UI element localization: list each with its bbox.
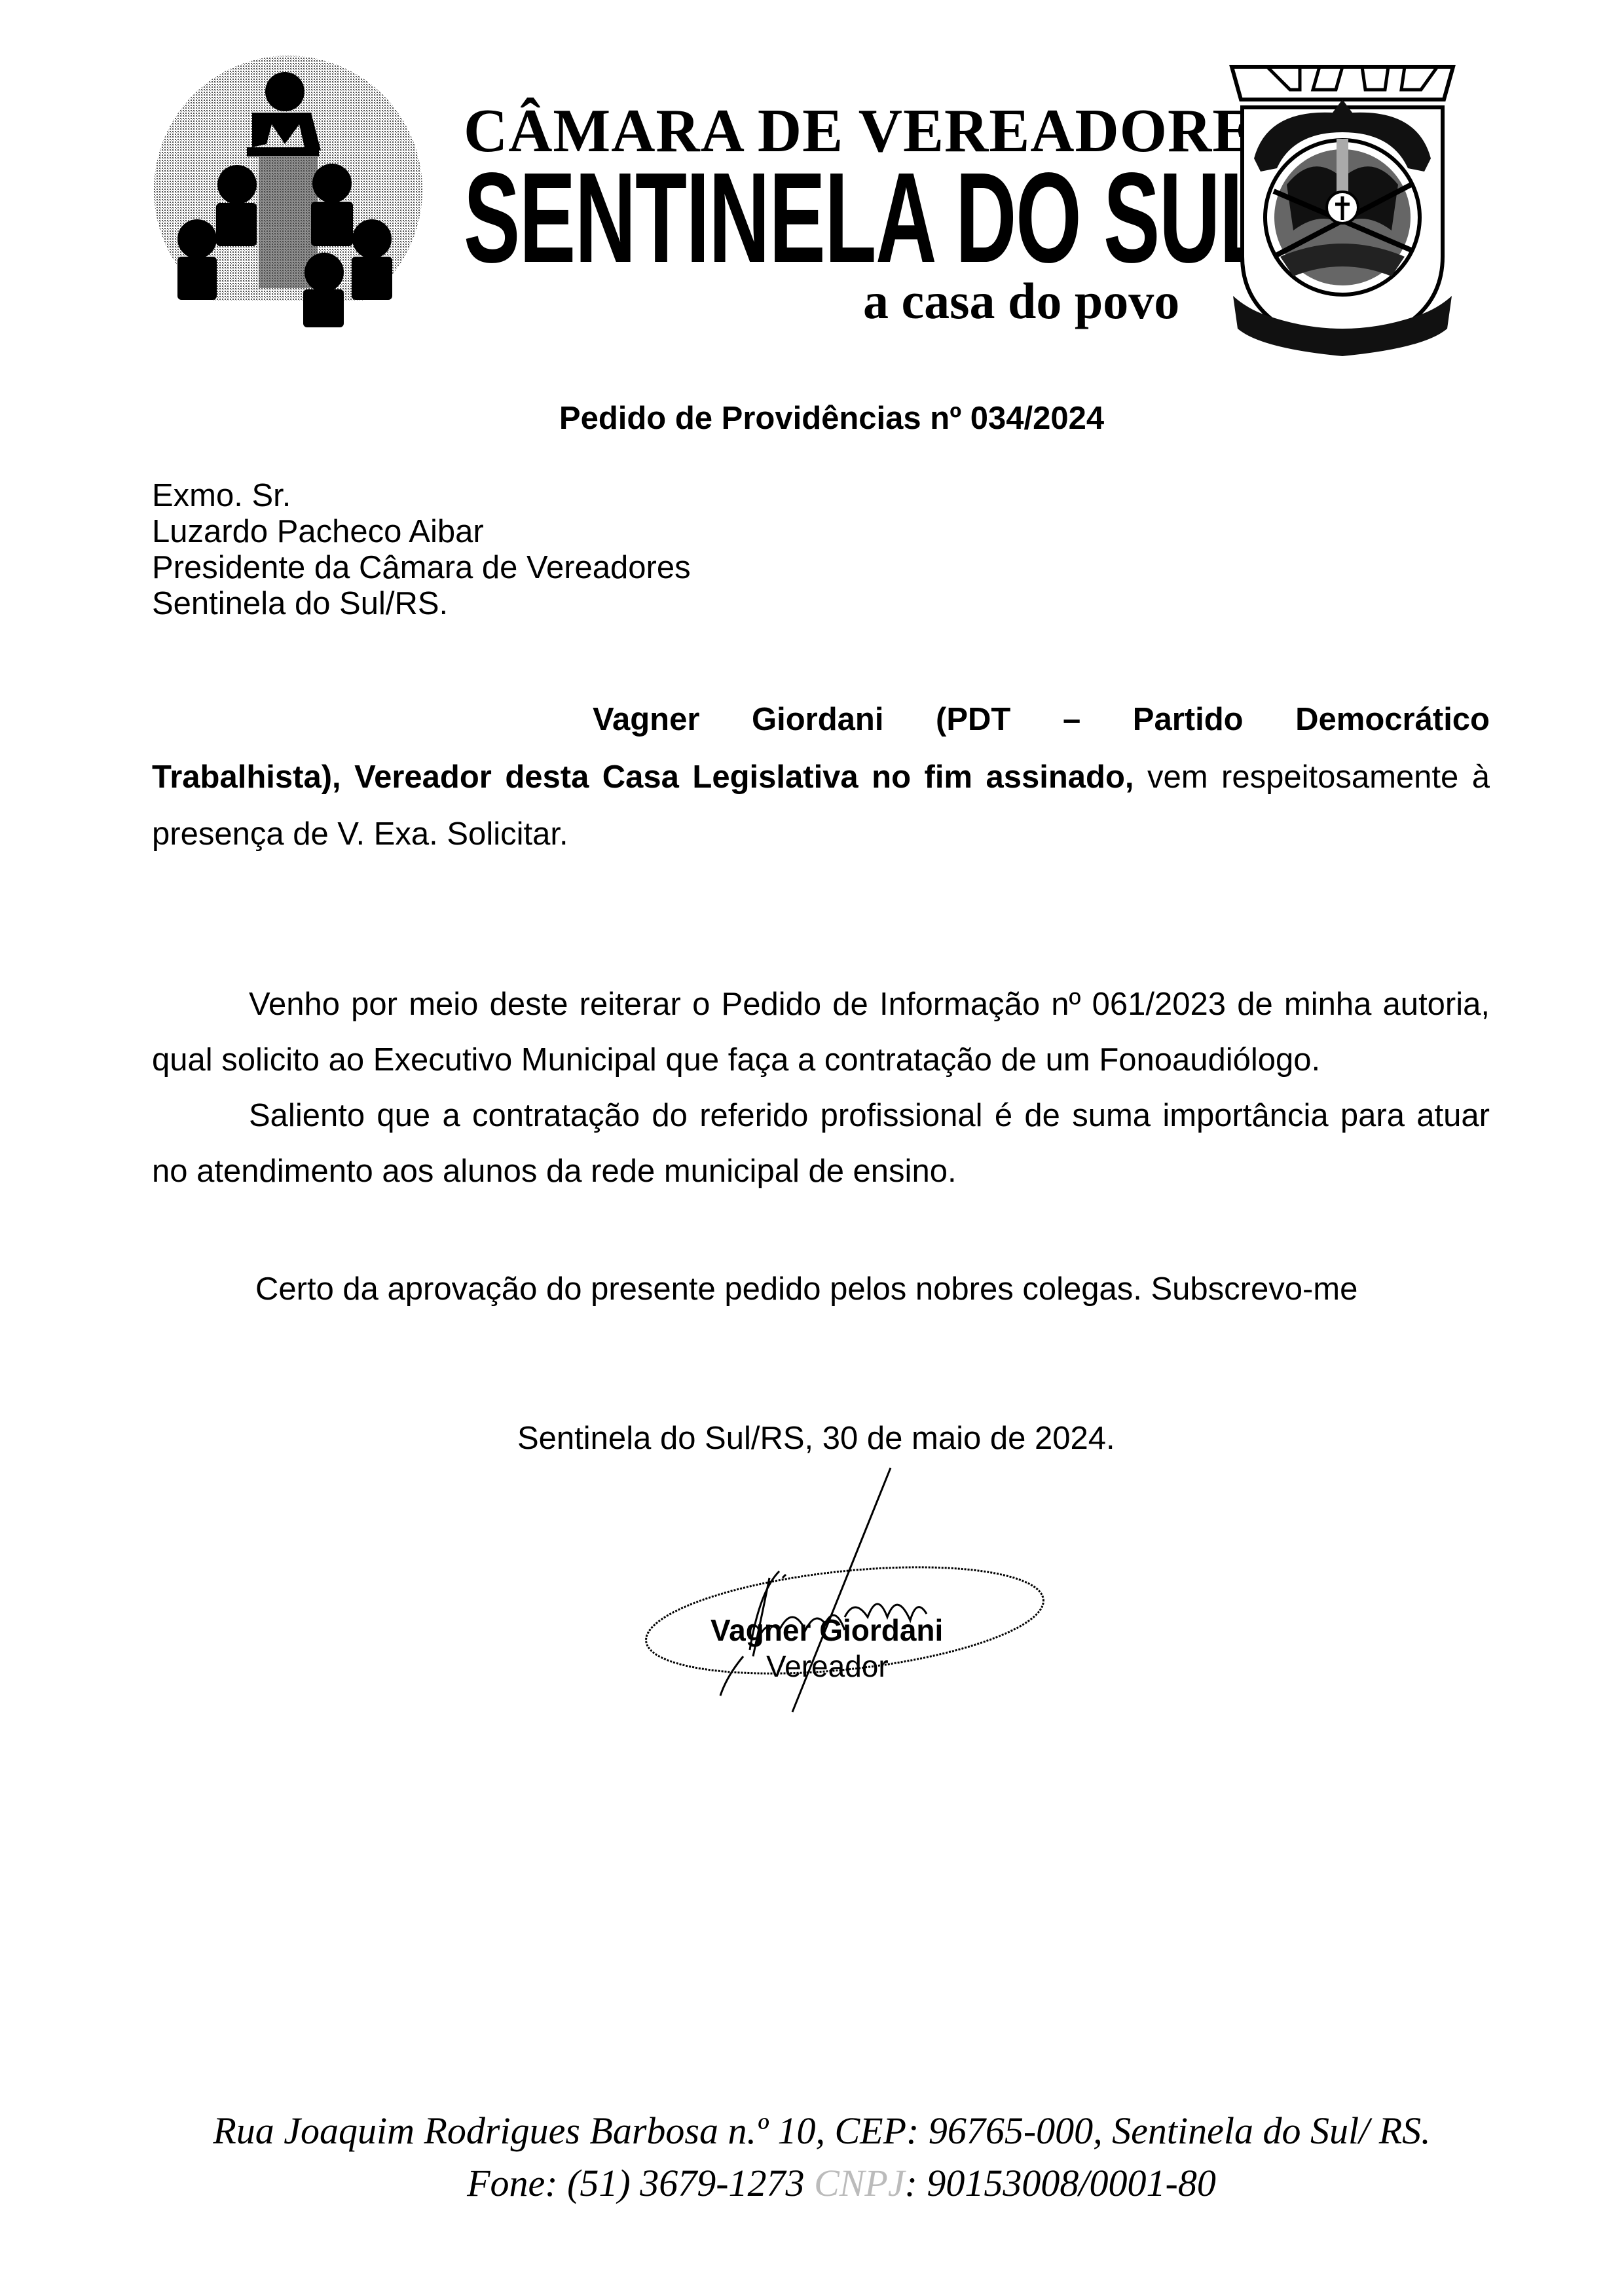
recipient-name: Luzardo Pacheco Aibar xyxy=(152,514,484,550)
council-logo xyxy=(154,39,429,327)
place-and-date: Sentinela do Sul/RS, 30 de maio de 2024. xyxy=(517,1421,1115,1457)
council-assembly-logo-icon xyxy=(154,39,429,327)
coat-of-arms xyxy=(1228,60,1457,356)
signatory-name: Vagner Giordani xyxy=(710,1613,943,1649)
body-line-2: qual solicito ao Executivo Municipal que… xyxy=(152,1042,1320,1078)
intro-line-2-regular: vem respeitosamente à xyxy=(1134,759,1490,795)
intro-line-2: Trabalhista), Vereador desta Casa Legisl… xyxy=(152,759,1490,795)
intro-line-3: presença de V. Exa. Solicitar. xyxy=(152,816,568,852)
signatory-role: Vereador xyxy=(766,1649,889,1685)
footer-phone: Fone: (51) 3679-1273 xyxy=(467,2162,804,2204)
footer-address: Rua Joaquim Rodrigues Barbosa n.º 10, CE… xyxy=(0,2109,1624,2153)
footer-contact: Fone: (51) 3679-1273 CNPJ: 90153008/0001… xyxy=(0,2162,1624,2205)
document-title: Pedido de Providências nº 034/2024 xyxy=(0,401,1624,437)
footer-cnpj-label: CNPJ xyxy=(805,2162,905,2204)
body-line-1: Venho por meio deste reiterar o Pedido d… xyxy=(249,987,1490,1023)
body-line-4: no atendimento aos alunos da rede munici… xyxy=(152,1154,957,1190)
closing-text: Certo da aprovação do presente pedido pe… xyxy=(255,1271,1357,1307)
header-slogan: a casa do povo xyxy=(863,272,1179,331)
footer-cnpj: : 90153008/0001-80 xyxy=(905,2162,1216,2204)
body-line-3: Saliento que a contratação do referido p… xyxy=(249,1098,1490,1134)
intro-line-2-bold: Trabalhista), Vereador desta Casa Legisl… xyxy=(152,759,1134,795)
recipient-location: Sentinela do Sul/RS. xyxy=(152,586,448,622)
recipient-title: Presidente da Câmara de Vereadores xyxy=(152,550,691,586)
municipal-coat-of-arms-icon xyxy=(1228,60,1457,356)
header-city-name: SENTINELA DO SUL xyxy=(464,156,965,280)
recipient-salutation: Exmo. Sr. xyxy=(152,478,291,514)
intro-line-1: Vagner Giordani (PDT – Partido Democráti… xyxy=(593,702,1490,738)
